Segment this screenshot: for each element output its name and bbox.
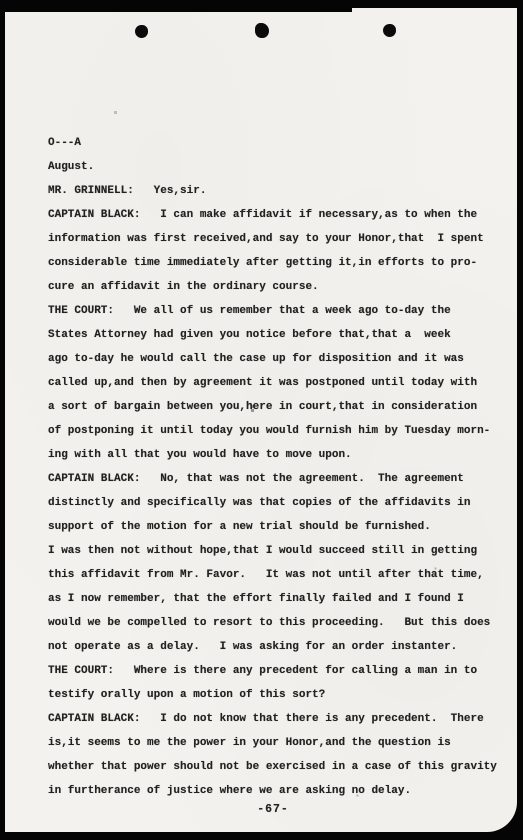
binding-hole-icon <box>383 24 396 37</box>
binding-hole-icon <box>135 25 148 38</box>
transcript-text: O---AAugust.MR. GRINNELL: Yes,sir.CAPTAI… <box>48 131 504 803</box>
text-line: ing with all that you would have to move… <box>48 443 504 467</box>
scan-border-top-left <box>0 0 352 12</box>
text-line: information was first received,and say t… <box>48 227 504 251</box>
text-line: ago to-day he would call the case up for… <box>48 347 504 371</box>
binding-hole-icon <box>255 23 269 38</box>
text-line: MR. GRINNELL: Yes,sir. <box>48 179 504 203</box>
text-line: distinctly and specifically was that cop… <box>48 491 504 515</box>
text-line: CAPTAIN BLACK: I do not know that there … <box>48 707 504 731</box>
text-line: called up,and then by agreement it was p… <box>48 371 504 395</box>
text-line: this affidavit from Mr. Favor. It was no… <box>48 563 504 587</box>
text-line: considerable time immediately after gett… <box>48 251 504 275</box>
text-line: O---A <box>48 131 504 155</box>
text-line: CAPTAIN BLACK: I can make affidavit if n… <box>48 203 504 227</box>
text-line: CAPTAIN BLACK: No, that was not the agre… <box>48 467 504 491</box>
text-line: a sort of bargain between you,here in co… <box>48 395 504 419</box>
text-line: of postponing it until today you would f… <box>48 419 504 443</box>
text-line: would we be compelled to resort to this … <box>48 611 504 635</box>
text-line: not operate as a delay. I was asking for… <box>48 635 504 659</box>
text-line: THE COURT: We all of us remember that a … <box>48 299 504 323</box>
paper: O---AAugust.MR. GRINNELL: Yes,sir.CAPTAI… <box>5 8 517 832</box>
text-line: August. <box>48 155 504 179</box>
text-line: THE COURT: Where is there any precedent … <box>48 659 504 683</box>
scanned-page: { "document": { "lines": [ "O---A", "Aug… <box>0 0 523 840</box>
text-line: as I now remember, that the effort final… <box>48 587 504 611</box>
text-line: support of the motion for a new trial sh… <box>48 515 504 539</box>
text-line: States Attorney had given you notice bef… <box>48 323 504 347</box>
text-line: is,it seems to me the power in your Hono… <box>48 731 504 755</box>
text-line: cure an affidavit in the ordinary course… <box>48 275 504 299</box>
text-line: in furtherance of justice where we are a… <box>48 779 504 803</box>
text-line: I was then not without hope,that I would… <box>48 539 504 563</box>
page-number: -67- <box>48 803 498 816</box>
text-line: whether that power should not be exercis… <box>48 755 504 779</box>
text-line: testify orally upon a motion of this sor… <box>48 683 504 707</box>
